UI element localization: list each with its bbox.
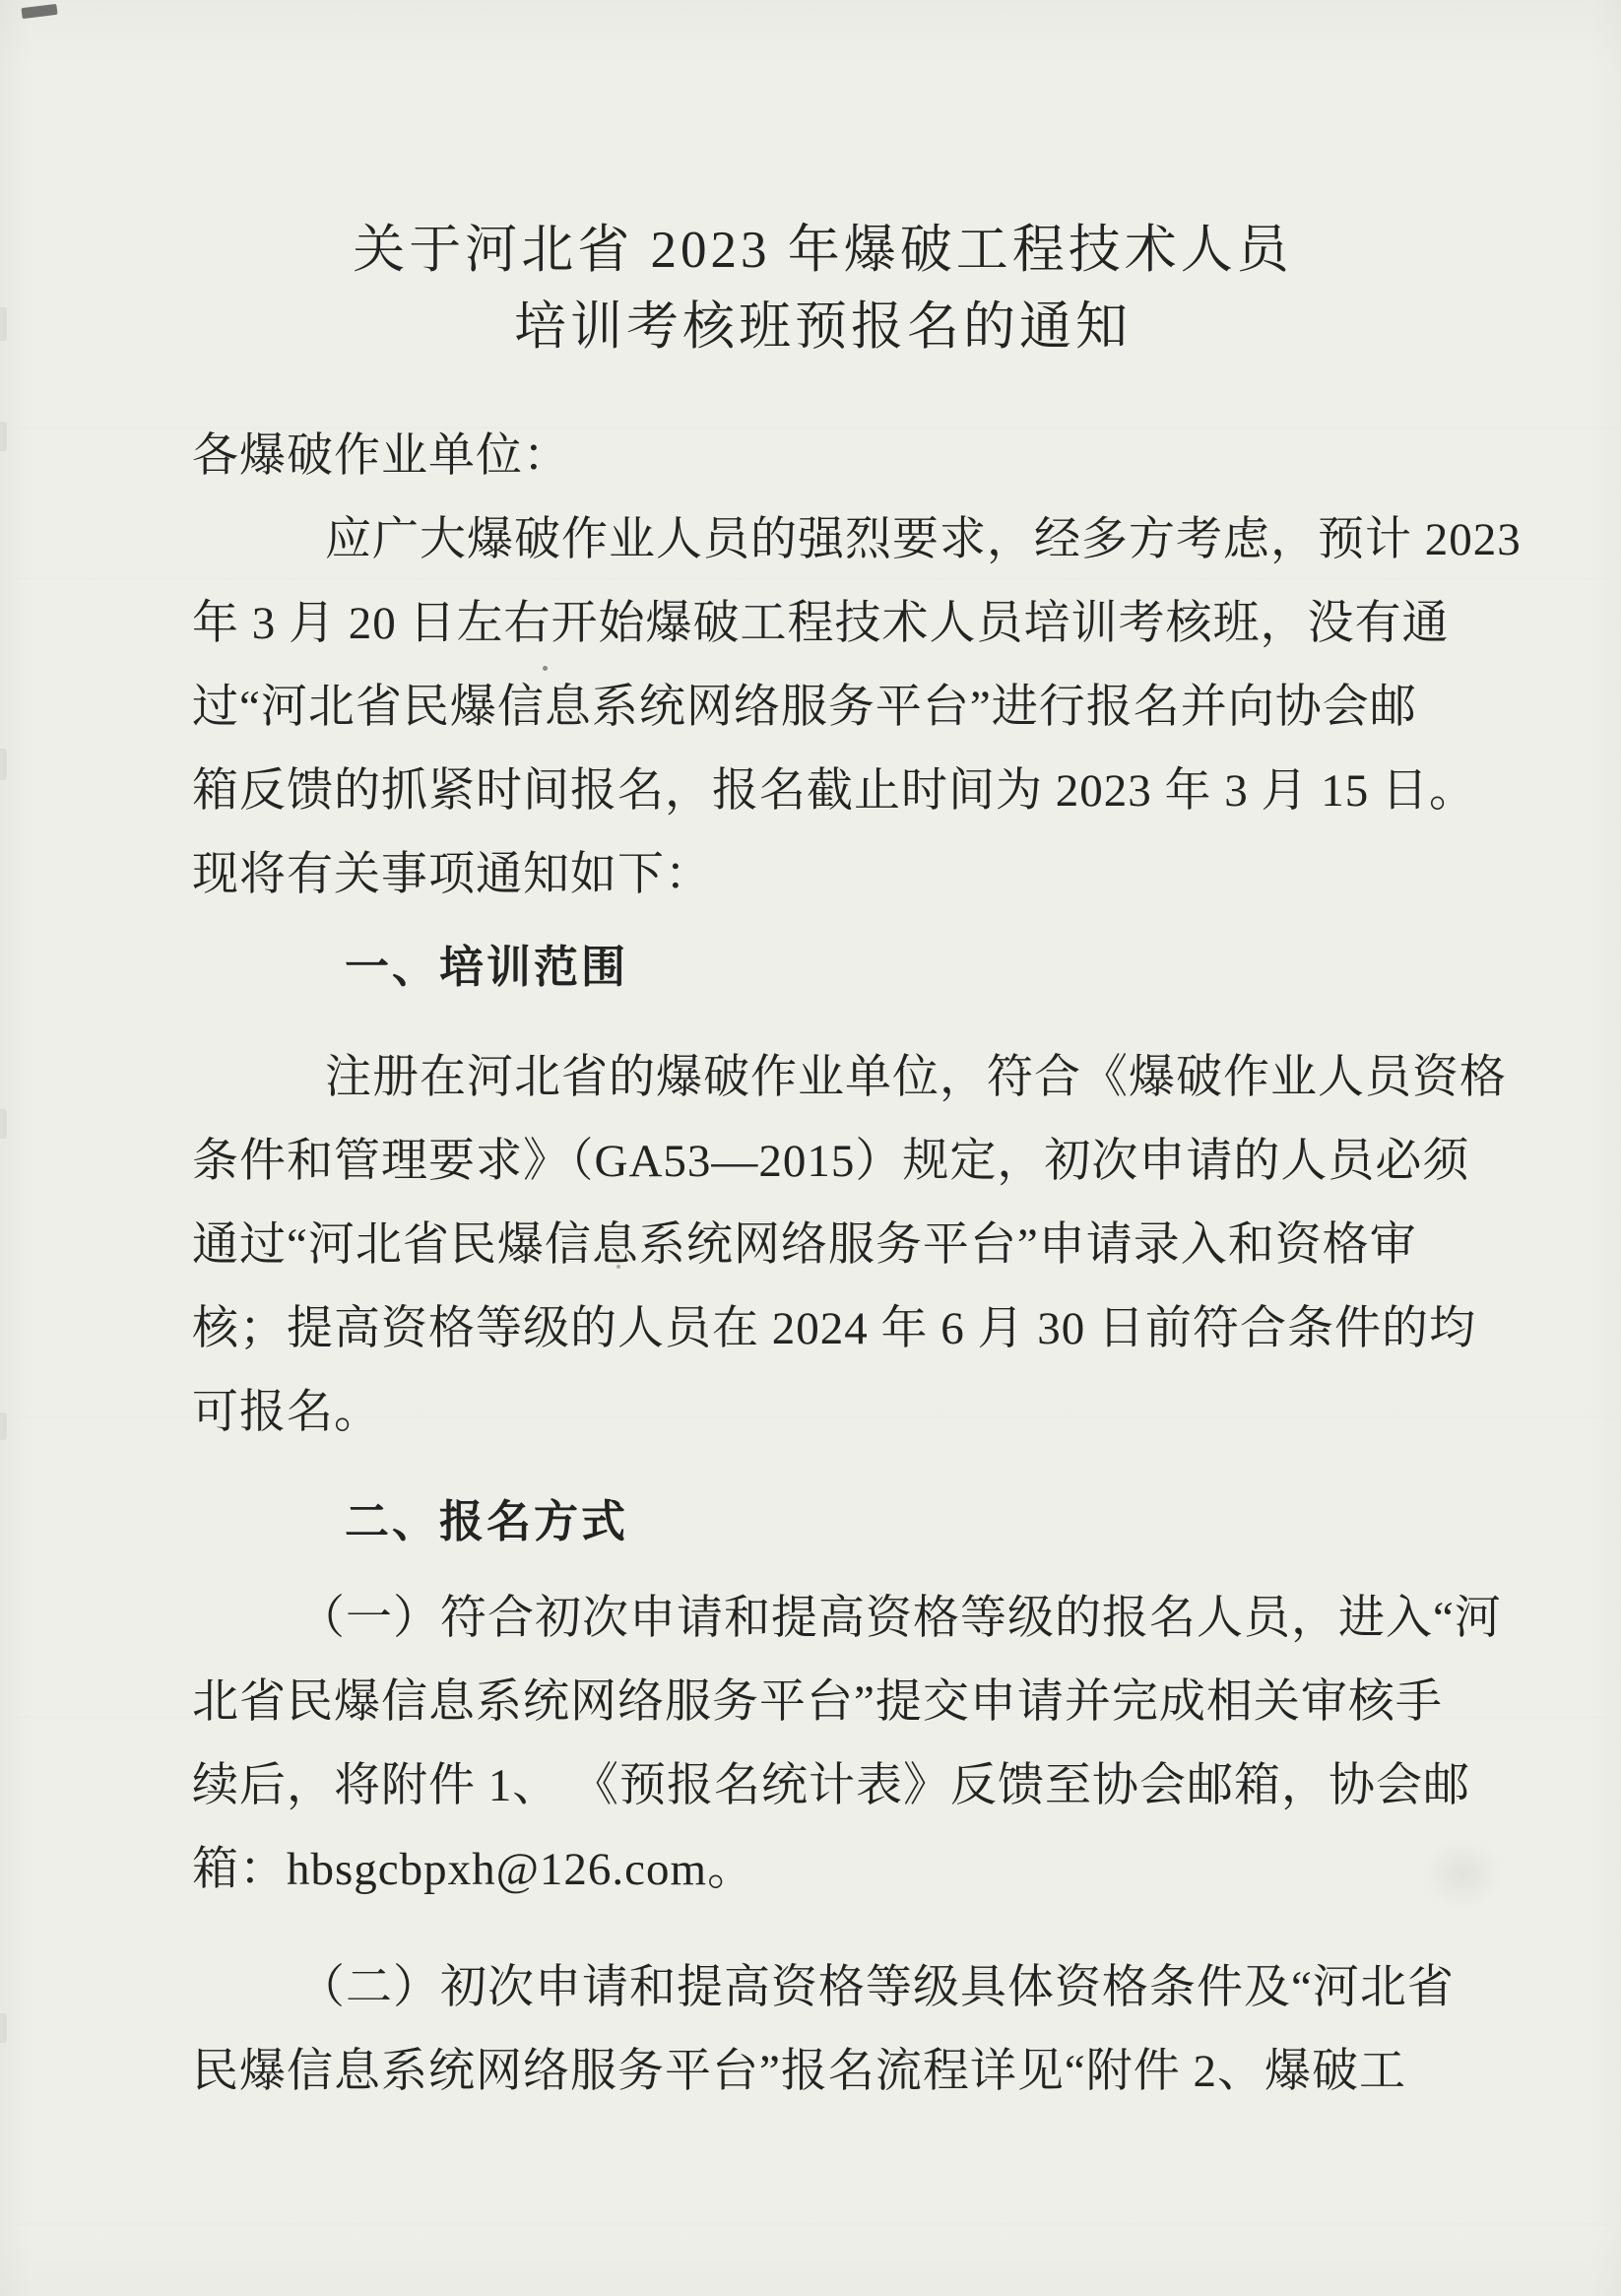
section-1-line: 注册在河北省的爆破作业单位，符合《爆破作业人员资格 [192,1036,1454,1120]
section-2-item-2-line: 民爆信息系统网络服务平台”报名流程详见“附件 2、爆破工 [192,2030,1454,2114]
association-email-line: 箱：hbsgcbpxh@126.com。 [192,1828,1454,1912]
salutation: 各爆破作业单位： [192,415,1454,498]
intro-line: 箱反馈的抓紧时间报名，报名截止时间为 2023 年 3 月 15 日。 [192,750,1454,833]
section-2-heading: 二、报名方式 [192,1479,1454,1563]
intro-line: 年 3 月 20 日左右开始爆破工程技术人员培训考核班，没有通 [192,582,1454,666]
section-1-paragraph: 注册在河北省的爆破作业单位，符合《爆破作业人员资格 条件和管理要求》（GA53—… [192,1036,1454,1455]
section-2-item-2-paragraph: （二）初次申请和提高资格等级具体资格条件及“河北省 民爆信息系统网络服务平台”报… [192,1946,1454,2114]
intro-paragraph: 应广大爆破作业人员的强烈要求，经多方考虑，预计 2023 年 3 月 20 日左… [192,498,1454,917]
section-2-item-1-line: （一）符合初次申请和提高资格等级的报名人员，进入“河 [192,1577,1454,1661]
section-2-item-1-paragraph: （一）符合初次申请和提高资格等级的报名人员，进入“河 北省民爆信息系统网络服务平… [192,1577,1454,1912]
section-1-line: 条件和管理要求》（GA53—2015）规定，初次申请的人员必须 [192,1120,1454,1204]
section-1-line: 通过“河北省民爆信息系统网络服务平台”申请录入和资格审 [192,1204,1454,1287]
notice-document: 关于河北省 2023 年爆破工程技术人员 培训考核班预报名的通知 各爆破作业单位… [0,0,1621,2296]
section-1-line: 可报名。 [192,1371,1454,1455]
scanned-notice-page: { "document": { "title": { "line1": "关于河… [0,0,1621,2296]
section-2-item-2-line: （二）初次申请和提高资格等级具体资格条件及“河北省 [192,1946,1454,2030]
section-1-line: 核；提高资格等级的人员在 2024 年 6 月 30 日前符合条件的均 [192,1287,1454,1371]
intro-line: 现将有关事项通知如下： [192,833,1454,917]
document-title: 关于河北省 2023 年爆破工程技术人员 培训考核班预报名的通知 [192,212,1454,365]
title-line-2: 培训考核班预报名的通知 [192,289,1454,365]
section-2-item-1-line: 北省民爆信息系统网络服务平台”提交申请并完成相关审核手 [192,1661,1454,1744]
intro-line: 应广大爆破作业人员的强烈要求，经多方考虑，预计 2023 [192,498,1454,582]
intro-line: 过“河北省民爆信息系统网络服务平台”进行报名并向协会邮 [192,666,1454,750]
section-1-heading: 一、培训范围 [192,925,1454,1009]
title-line-1: 关于河北省 2023 年爆破工程技术人员 [192,212,1454,289]
section-2-item-1-line: 续后，将附件 1、 《预报名统计表》反馈至协会邮箱，协会邮 [192,1744,1454,1828]
